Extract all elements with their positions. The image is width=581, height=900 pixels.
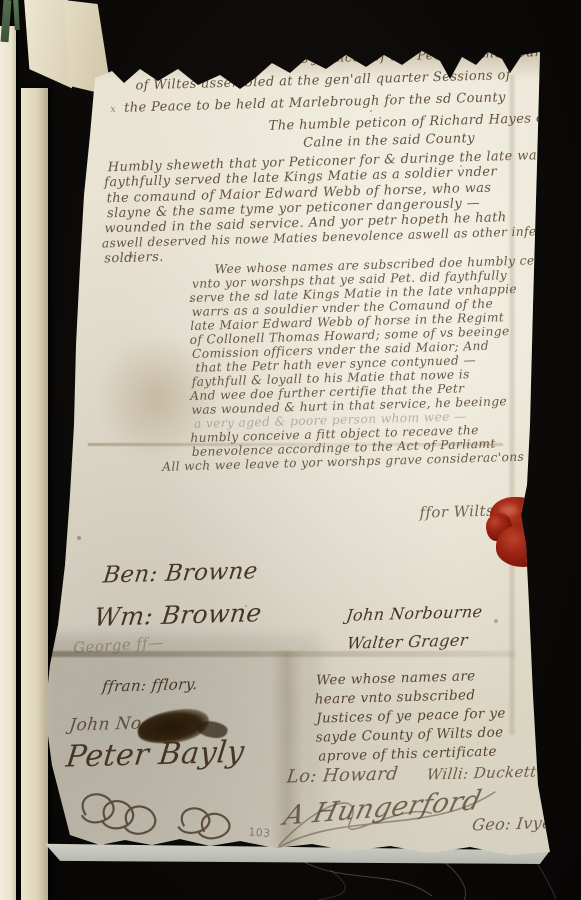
margin-mark: x (110, 104, 116, 115)
justices-note-line: Justices of ye peace for ye (316, 705, 506, 726)
signature: ffran: fflory. (101, 675, 199, 696)
fold-crease-right (508, 75, 516, 735)
folded-page-corner (20, 0, 72, 96)
signature: John Norbourne (345, 602, 483, 625)
signature-flourish (269, 778, 501, 854)
justices-note-line: heare vnto subscribed (314, 687, 475, 707)
wax-blob (496, 525, 546, 567)
justices-note-line: sayde County of Wilts doe (316, 724, 504, 745)
photograph-backdrop: To the wor:ble his Ma:ties Justices of t… (0, 0, 581, 900)
signature: Wm: Browne (93, 598, 264, 632)
heading-line: the Peace to be held at Marlebrough for … (124, 90, 506, 116)
handwritten-content: To the wor:ble his Ma:ties Justices of t… (38, 32, 558, 47)
manuscript-sheet: To the wor:ble his Ma:ties Justices of t… (40, 45, 560, 860)
binding-thread (13, 0, 20, 30)
volume-page-edge-inner (21, 88, 48, 900)
seal-note: ffor Wilts (419, 502, 494, 522)
archival-number: 103 (539, 597, 565, 614)
signature: Ben: Browne (102, 558, 260, 588)
justices-note-line: aprove of this certificate (318, 744, 497, 765)
red-wax-seal-icon (486, 495, 548, 569)
archival-number: 103 (248, 825, 271, 840)
volume-page-edge-outer (0, 26, 16, 900)
signature: Walter Grager (346, 630, 469, 652)
petition-title-line: Calne in the said County (303, 131, 475, 151)
signature: Geo: Ivye (471, 813, 553, 834)
wax-highlight (500, 505, 518, 515)
justices-note-line: Wee whose names are (316, 668, 476, 688)
signature-flourish (71, 782, 263, 853)
petition-line: soldiers. (104, 250, 164, 267)
